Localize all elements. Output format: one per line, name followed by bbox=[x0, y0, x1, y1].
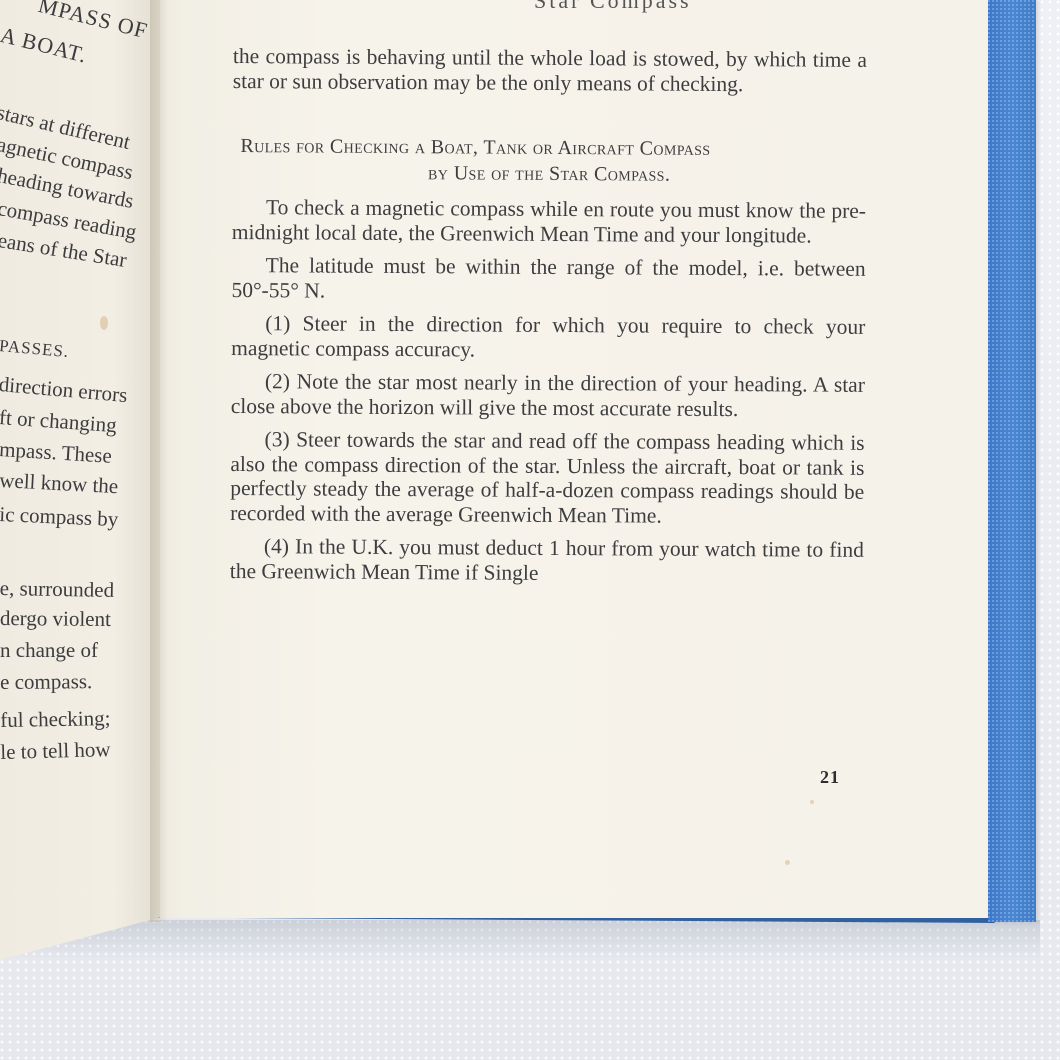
paragraph-latitude: The latitude must be within the range of… bbox=[231, 253, 865, 306]
left-text-line: le to tell how bbox=[0, 737, 111, 765]
left-text-line: ic compass by bbox=[0, 502, 119, 532]
rule-1: (1) Steer in the direction for which you… bbox=[231, 311, 865, 364]
left-page: MPASS OF A BOAT. stars at different agne… bbox=[0, 0, 162, 960]
rule-4: (4) In the U.K. you must deduct 1 hour f… bbox=[230, 534, 864, 587]
paper-stain bbox=[810, 800, 814, 804]
left-text-line: ft or changing bbox=[0, 405, 118, 438]
page-number: 21 bbox=[820, 767, 840, 788]
left-subheading: PASSES. bbox=[0, 336, 70, 362]
left-text-line: dergo violent bbox=[0, 606, 111, 632]
left-text-line: ful checking; bbox=[0, 706, 111, 733]
paper-stain bbox=[785, 860, 790, 865]
left-text-line: n change of bbox=[0, 638, 98, 663]
page-body: the compass is behaving until the whole … bbox=[230, 44, 867, 596]
left-heading-line-2: A BOAT. bbox=[0, 22, 90, 69]
left-text-line: e compass. bbox=[0, 669, 92, 695]
left-text-line: mpass. These bbox=[0, 437, 113, 469]
rule-3: (3) Steer towards the star and read off … bbox=[230, 427, 865, 529]
continuation-paragraph: the compass is behaving until the whole … bbox=[233, 44, 867, 97]
paragraph-intro: To check a magnetic compass while en rou… bbox=[232, 195, 866, 248]
rule-2: (2) Note the star most nearly in the dir… bbox=[231, 369, 865, 422]
section-heading: Rules for Checking a Boat, Tank or Aircr… bbox=[232, 133, 866, 189]
left-text-line: e, surrounded bbox=[0, 576, 114, 603]
left-text-line: well know the bbox=[0, 468, 119, 499]
book-gutter-shadow bbox=[150, 0, 180, 922]
book-photo-scene: MPASS OF A BOAT. stars at different agne… bbox=[0, 0, 1060, 1060]
book-cover-right-edge bbox=[988, 0, 1036, 922]
section-heading-line-2: by Use of the Star Compass. bbox=[232, 159, 866, 189]
left-text-line: direction errors bbox=[0, 372, 128, 408]
running-head: Star Compass bbox=[534, 0, 692, 14]
book-shadow bbox=[0, 920, 1040, 960]
section-heading-line-1: Rules for Checking a Boat, Tank or Aircr… bbox=[232, 133, 866, 163]
paper-stain bbox=[100, 316, 108, 330]
